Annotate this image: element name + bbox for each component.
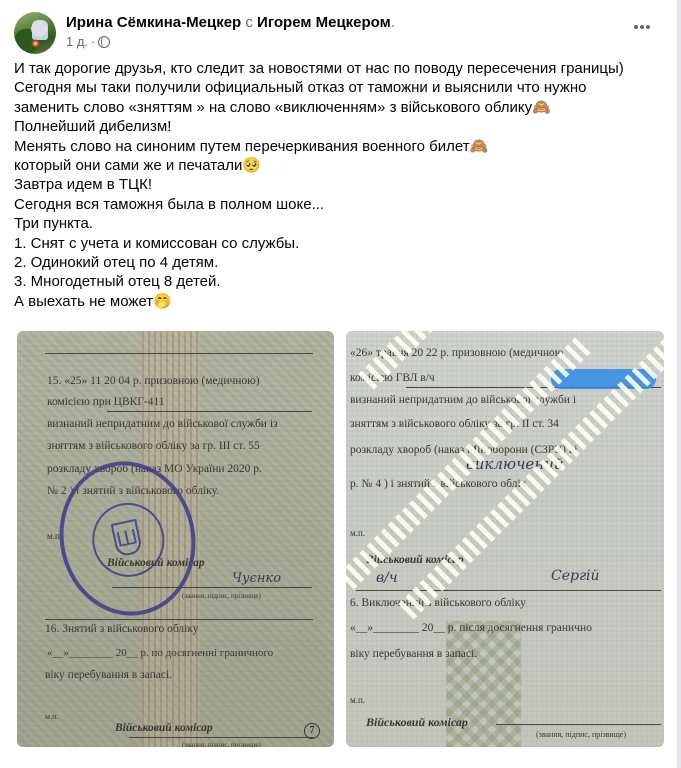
doc-line: «__»________ 20__ р. після досягнення гр… [350, 621, 592, 636]
globe-icon[interactable] [98, 36, 110, 48]
doc-line: віку перебування в запасі. [350, 647, 477, 662]
tagged-user-link[interactable]: Игорем Мецкером [257, 14, 391, 31]
post-text-line: Три пункта. [14, 214, 664, 233]
author-name-link[interactable]: Ирина Сёмкина-Мецкер [66, 14, 241, 31]
more-options-icon-dot [646, 25, 650, 29]
scrollbar-track[interactable] [677, 0, 681, 768]
doc-signature: Чуєнко [232, 571, 281, 586]
doc-line: зняттям з військового обліку за гр. III … [47, 439, 260, 454]
doc-line: Військовий комісар [115, 721, 213, 736]
doc-line: 15. «25» 11 20 04 р. призовною (медичною… [47, 374, 260, 389]
doc-line: зняттям з військового обліку за гр. II с… [350, 417, 559, 432]
doc-rule [107, 411, 312, 412]
doc-line: (звання, підпис, прізвище) [182, 738, 261, 747]
photo-military-id-right[interactable]: «26» травня 20 22 р. призовною (медичною… [346, 331, 664, 747]
photo-grid: 15. «25» 11 20 04 р. призовною (медичною… [17, 331, 664, 748]
doc-line: м.п. [45, 709, 58, 724]
doc-line: віку перебування в запасі. [45, 668, 172, 683]
doc-line: м.п. [350, 526, 365, 541]
with-word: с [245, 14, 253, 31]
doc-line: Військовий комісар [366, 715, 468, 730]
avatar-figure [32, 20, 48, 40]
post-text-line: Менять слово на синоним путем перечеркив… [14, 137, 664, 156]
post-text-line: А выехать не может🤭 [14, 292, 664, 311]
post-text-line: заменить слово «зняттям » на слово «викл… [14, 98, 664, 117]
doc-line: м.п. [350, 693, 365, 708]
post-text-line: который они сами же и печатали🥺 [14, 156, 664, 175]
doc-line: 16. Знятий з військового обліку [45, 622, 199, 637]
doc-line: 6. Виключений з військового обліку [350, 596, 526, 611]
post-text-line: Сегодня мы таки получили официальный отк… [14, 78, 664, 97]
trident-emblem-icon: Ш [111, 519, 144, 558]
post-text-line: 3. Многодетный отец 8 детей. [14, 272, 664, 291]
post-timestamp[interactable]: 1 д. [66, 34, 88, 50]
doc-rule [356, 590, 661, 591]
page-number: 7 [304, 723, 320, 739]
avatar-flower [31, 39, 40, 48]
doc-rule [45, 619, 313, 620]
author-line: Ирина Сёмкина-Мецкер с Игорем Мецкером. [66, 13, 395, 32]
post-meta: 1 д. · [66, 34, 395, 50]
doc-line: комісією при ЦВКГ-411 [47, 395, 165, 410]
more-options-button[interactable] [628, 18, 656, 36]
doc-rule [496, 724, 661, 725]
post-text-line: Полнейший дибелизм! [14, 117, 664, 136]
doc-line: (звання, підпис, прізвище) [536, 727, 626, 742]
meta-separator: · [91, 34, 95, 50]
photo-military-id-left[interactable]: 15. «25» 11 20 04 р. призовною (медичною… [17, 331, 334, 747]
tagged-suffix: . [391, 14, 395, 31]
post-header: Ирина Сёмкина-Мецкер с Игорем Мецкером. … [14, 12, 664, 54]
post-message: И так дорогие друзья, кто следит за ново… [14, 59, 664, 311]
post-text-line: Сегодня вся таможня была в полном шоке..… [14, 195, 664, 214]
doc-line: визнаний непридатним до військової служб… [47, 417, 278, 432]
doc-signature: в/ч [376, 571, 398, 586]
doc-rule [45, 353, 313, 354]
more-options-icon-dot [634, 25, 638, 29]
author-avatar[interactable] [14, 12, 56, 54]
post-text-line: 1. Снят с учета и комиссован со службы. [14, 234, 664, 253]
more-options-icon-dot [640, 25, 644, 29]
doc-line: «__»________ 20__ р. по досягненні грани… [47, 646, 273, 661]
header-text: Ирина Сёмкина-Мецкер с Игорем Мецкером. … [66, 13, 395, 50]
doc-signature: Сергій [551, 569, 600, 584]
post-text-line: Завтра идем в ТЦК! [14, 175, 664, 194]
post-text-line: И так дорогие друзья, кто следит за ново… [14, 59, 664, 78]
post-text-line: 2. Одинокий отец по 4 детям. [14, 253, 664, 272]
doc-line: (звання, підпис, прізвище) [182, 589, 261, 604]
